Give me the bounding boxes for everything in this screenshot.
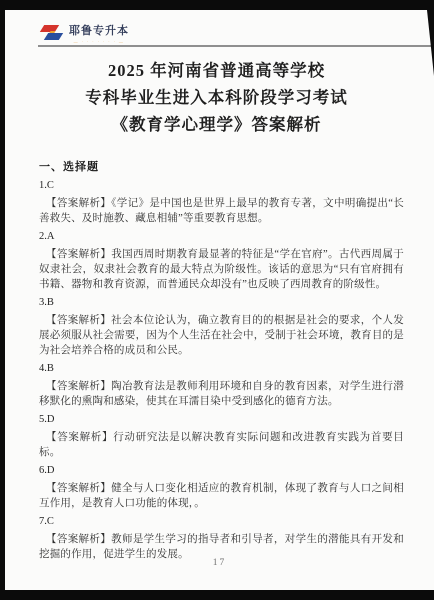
title-line-2: 专科毕业生进入本科阶段学习考试 xyxy=(5,84,428,111)
document-page: 耶鲁专升本 — · · · · · · · — 2025 年河南省普通高等学校 … xyxy=(5,10,434,590)
logo-blue-stripe xyxy=(44,33,63,40)
answer-analysis-4: 【答案解析】陶冶教育法是教师利用环境和自身的教育因素，对学生进行潜移默化的熏陶和… xyxy=(39,379,404,409)
answer-label-3: 3.B xyxy=(39,295,404,310)
brand-text-block: 耶鲁专升本 — · · · · · · · — xyxy=(69,22,129,44)
brand-name: 耶鲁专升本 xyxy=(69,22,129,38)
answer-list: 一、选择题 1.C 【答案解析】《学记》是中国也是世界上最早的教育专著，文中明确… xyxy=(39,160,404,562)
section-heading: 一、选择题 xyxy=(39,160,404,175)
answer-analysis-6: 【答案解析】健全与人口变化相适应的教育机制，体现了教育与人口之间相互作用，是教育… xyxy=(39,481,404,511)
page-corner-shadow xyxy=(427,10,434,76)
answer-analysis-3: 【答案解析】社会本位论认为，确立教育目的的根据是社会的要求，个人发展必须服从社会… xyxy=(39,313,404,358)
page-number: 17 xyxy=(5,558,434,568)
header-divider xyxy=(38,45,434,47)
answer-label-5: 5.D xyxy=(39,412,404,427)
answer-label-2: 2.A xyxy=(39,229,404,244)
answer-label-7: 7.C xyxy=(39,514,404,529)
photo-frame: 耶鲁专升本 — · · · · · · · — 2025 年河南省普通高等学校 … xyxy=(0,0,434,600)
answer-analysis-2: 【答案解析】我国西周时期教育最显著的特征是“学在官府”。古代西周属于奴隶社会，奴… xyxy=(39,247,404,292)
answer-analysis-1: 【答案解析】《学记》是中国也是世界上最早的教育专著，文中明确提出“长善救失、及时… xyxy=(39,196,404,226)
answer-label-6: 6.D xyxy=(39,463,404,478)
title-line-3: 《教育学心理学》答案解析 xyxy=(5,111,428,138)
answer-label-1: 1.C xyxy=(39,178,404,193)
answer-analysis-5: 【答案解析】行动研究法是以解决教育实际问题和改进教育实践为首要目标。 xyxy=(39,430,404,460)
document-title: 2025 年河南省普通高等学校 专科毕业生进入本科阶段学习考试 《教育学心理学》… xyxy=(5,57,428,138)
brand-tagline: — · · · · · · · — xyxy=(74,39,125,44)
answer-label-4: 4.B xyxy=(39,361,404,376)
brand-logo-icon xyxy=(39,23,63,43)
brand-logo: 耶鲁专升本 — · · · · · · · — xyxy=(39,22,129,44)
title-line-1: 2025 年河南省普通高等学校 xyxy=(5,57,428,84)
